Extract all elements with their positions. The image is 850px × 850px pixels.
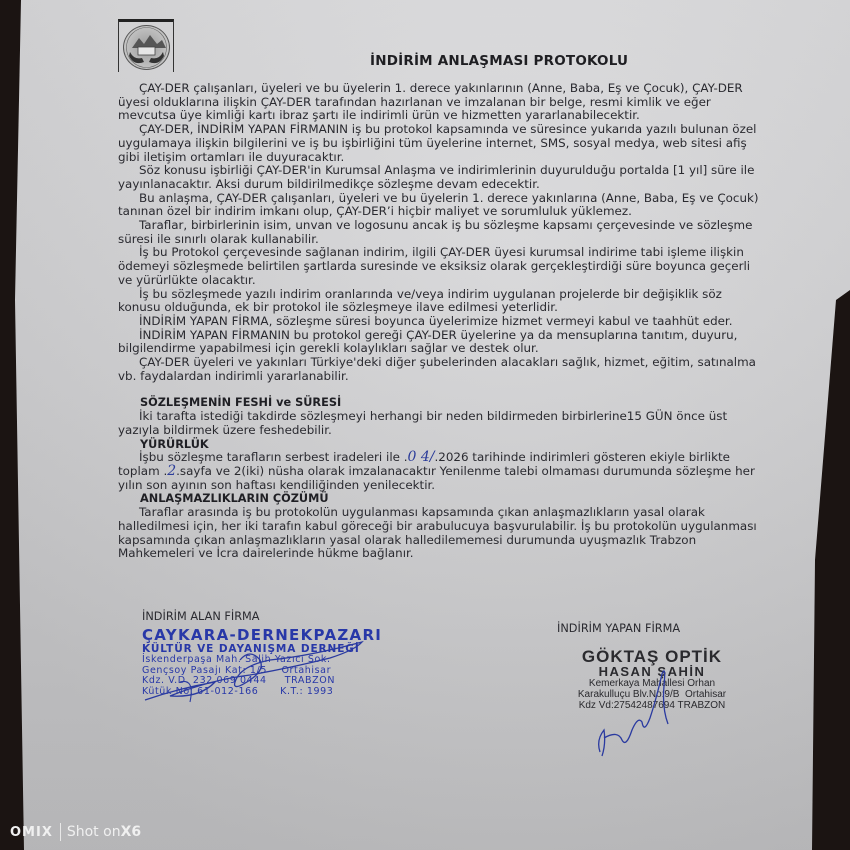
- providing-party-label: İNDİRİM YAPAN FİRMA: [557, 622, 680, 635]
- paragraph: Bu anlaşma, ÇAY-DER çalışanları, üyeleri…: [118, 192, 768, 219]
- paragraph: ÇAY-DER üyeleri ve yakınları Türkiye'dek…: [118, 356, 768, 383]
- document-title: İNDİRİM ANLAŞMASI PROTOKOLU: [370, 53, 628, 69]
- providing-party-stamp: GÖKTAŞ OPTİK HASAN ŞAHİN Kemerkaya Mahal…: [562, 648, 742, 711]
- stamp-line: Karakulluçu Blv.No:9/B Ortahisar: [562, 689, 742, 700]
- paragraph: Taraflar, birbirlerinin isim, unvan ve l…: [118, 219, 768, 246]
- section-heading-disputes: ANLAŞMAZLIKLARIN ÇÖZÜMÜ: [118, 492, 768, 506]
- receiving-party-stamp: ÇAYKARA-DERNEKPAZARI KÜLTÜR VE DAYANIŞMA…: [142, 626, 382, 697]
- handwritten-date: 0 4/: [408, 449, 435, 465]
- termination-text: İki tarafta istediği takdirde sözleşmeyi…: [118, 410, 768, 437]
- watermark-text: Shot on: [67, 824, 121, 840]
- camera-watermark: OMIX Shot on X6: [10, 823, 141, 841]
- logo-seal: [123, 25, 170, 70]
- watermark-divider: [60, 823, 61, 841]
- paragraph: ÇAY-DER, İNDİRİM YAPAN FİRMANIN iş bu pr…: [118, 123, 768, 164]
- stamp-line: İskenderpaşa Mah. Salih Yazıcı Sok.: [142, 655, 382, 666]
- receiving-party-label: İNDİRİM ALAN FİRMA: [142, 610, 260, 623]
- stamp-line: Kemerkaya Mahallesi Orhan: [562, 678, 742, 689]
- stamp-name: GÖKTAŞ OPTİK: [562, 648, 742, 665]
- stamp-subtitle: HASAN ŞAHİN: [562, 665, 742, 678]
- paragraph: ÇAY-DER çalışanları, üyeleri ve bu üyele…: [118, 82, 768, 123]
- validity-text: İşbu sözleşme tarafların serbest iradele…: [118, 451, 768, 492]
- stamp-line: Kdz Vd:27542487694 TRABZON: [562, 700, 742, 711]
- paragraph: İNDİRİM YAPAN FİRMA, sözleşme süresi boy…: [118, 315, 768, 329]
- paragraph: İNDİRİM YAPAN FİRMANIN bu protokol gereğ…: [118, 329, 768, 356]
- camera-brand-logo: OMIX: [10, 825, 53, 840]
- stamp-line: Kdz. V.D. 232 069 0444 TRABZON: [142, 676, 382, 687]
- stamp-name: ÇAYKARA-DERNEKPAZARI: [142, 626, 382, 644]
- camera-model: X6: [121, 824, 142, 840]
- disputes-text: Taraflar arasında iş bu protokolün uygul…: [118, 506, 768, 561]
- association-emblem-icon: [118, 19, 174, 72]
- document-body: ÇAY-DER çalışanları, üyeleri ve bu üyele…: [118, 82, 768, 561]
- stamp-line: Kütük No: 61-012-166 K.T.: 1993: [142, 687, 382, 698]
- handwritten-page-count: 2: [167, 463, 176, 479]
- paragraph: İş bu Protokol çerçevesinde sağlanan ind…: [118, 246, 768, 287]
- paragraph: İş bu sözleşmede yazılı indirim oranları…: [118, 288, 768, 315]
- paragraph: Söz konusu işbirliği ÇAY-DER'in Kurumsal…: [118, 164, 768, 191]
